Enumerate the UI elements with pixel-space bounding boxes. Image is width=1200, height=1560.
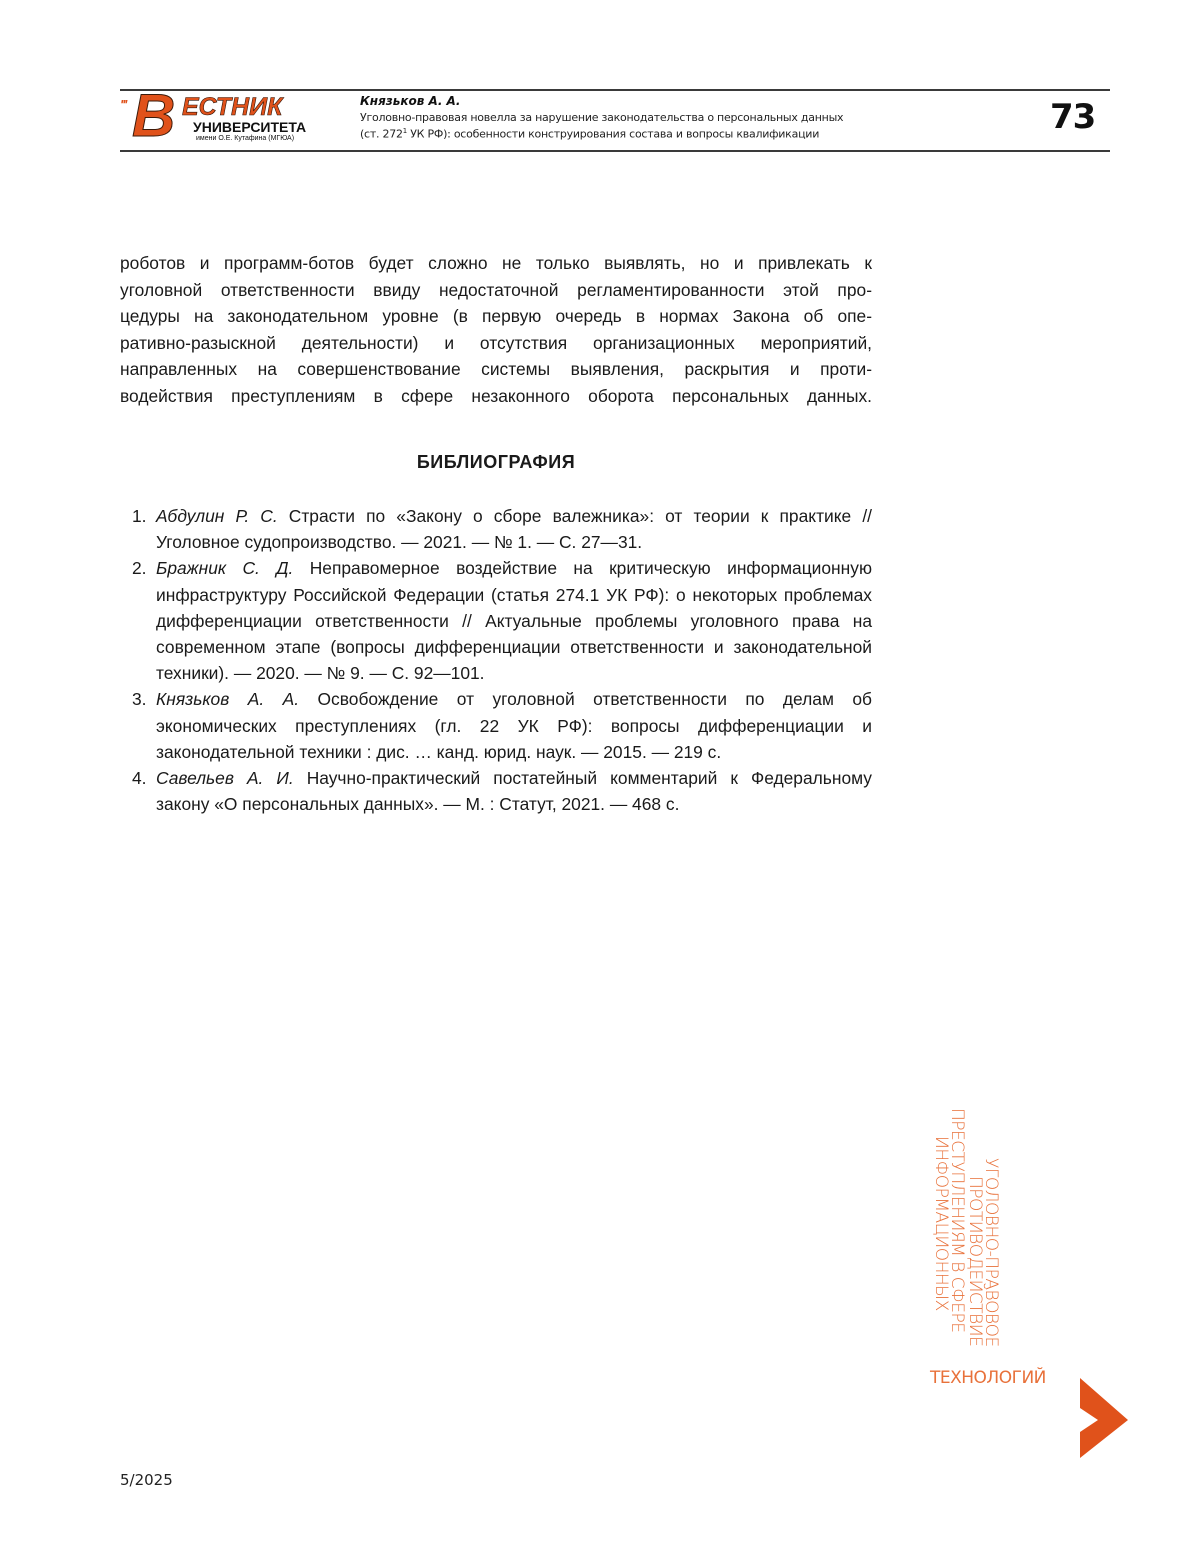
item-number: 4. [132,765,147,791]
logo-word: ЕСТНИК [182,94,282,120]
paragraph-line: направленных на совершенствование систем… [120,356,872,383]
bibliography-item: 1.Абдулин Р. С. Страсти по «Закону о сбо… [120,503,872,555]
item-number: 1. [132,503,147,529]
rubric-line: ПРОТИВОДЕЙСТВИЕ [966,1176,983,1346]
paragraph-line: ративно-разыскной деятельности) и отсутс… [120,330,872,357]
running-head-title-line1: Уголовно-правовая новелла за нарушение з… [360,111,843,124]
paragraph-line: цедуры на законодательном уровне (в перв… [120,303,872,330]
title-part: УК РФ): особенности конструирования сост… [407,128,819,141]
title-part: (ст. 272 [360,128,403,141]
arrow-icon [1076,1378,1132,1458]
header-top-rule [120,89,1110,91]
body-paragraph: роботов и программ-ботов будет сложно не… [120,250,872,410]
bibliography-item: 3.Князьков А. А. Освобождение от уголовн… [120,686,872,765]
section-rubric: УГОЛОВНО-ПРАВОВОЕ ПРОТИВОДЕЙСТВИЕ ПРЕСТУ… [930,1108,1090,1448]
item-author: Савельев А. И. [156,768,294,788]
paragraph-line: роботов и программ-ботов будет сложно не… [120,250,872,277]
issue-number: 5/2025 [120,1471,173,1489]
rubric-line: ИНФОРМАЦИОННЫХ [932,1136,949,1311]
bibliography-item: 4.Савельев А. И. Научно-практический пос… [120,765,872,817]
running-head-title-line2: (ст. 2721 УК РФ): особенности конструиро… [360,127,819,141]
logo-university: УНИВЕРСИТЕТА [193,120,306,134]
rubric-line: ТЕХНОЛОГИЙ [930,1368,1046,1388]
page-number: 73 [1050,97,1095,137]
item-author: Абдулин Р. С. [156,506,278,526]
running-head-author: Князьков А. А. [360,94,460,108]
item-author: Князьков А. А. [156,689,299,709]
header-bottom-rule [120,150,1110,152]
bibliography-heading: БИБЛИОГРАФИЯ [120,452,872,473]
item-number: 2. [132,555,147,581]
logo-stripes-icon: ''' [120,97,126,112]
bibliography-item: 2.Бражник С. Д. Неправомерное воздействи… [120,555,872,686]
item-author: Бражник С. Д. [156,558,293,578]
paragraph-line: уголовной ответственности ввиду недостат… [120,277,872,304]
paragraph-line: водействия преступлениям в сфере незакон… [120,383,872,410]
item-number: 3. [132,686,147,712]
logo-big-letter: В [132,86,175,146]
bibliography-list: 1.Абдулин Р. С. Страсти по «Закону о сбо… [120,503,872,817]
logo-subtitle: имени О.Е. Кутафина (МГЮА) [196,135,294,143]
journal-logo: ''' В ЕСТНИК УНИВЕРСИТЕТА имени О.Е. Кут… [118,94,328,148]
